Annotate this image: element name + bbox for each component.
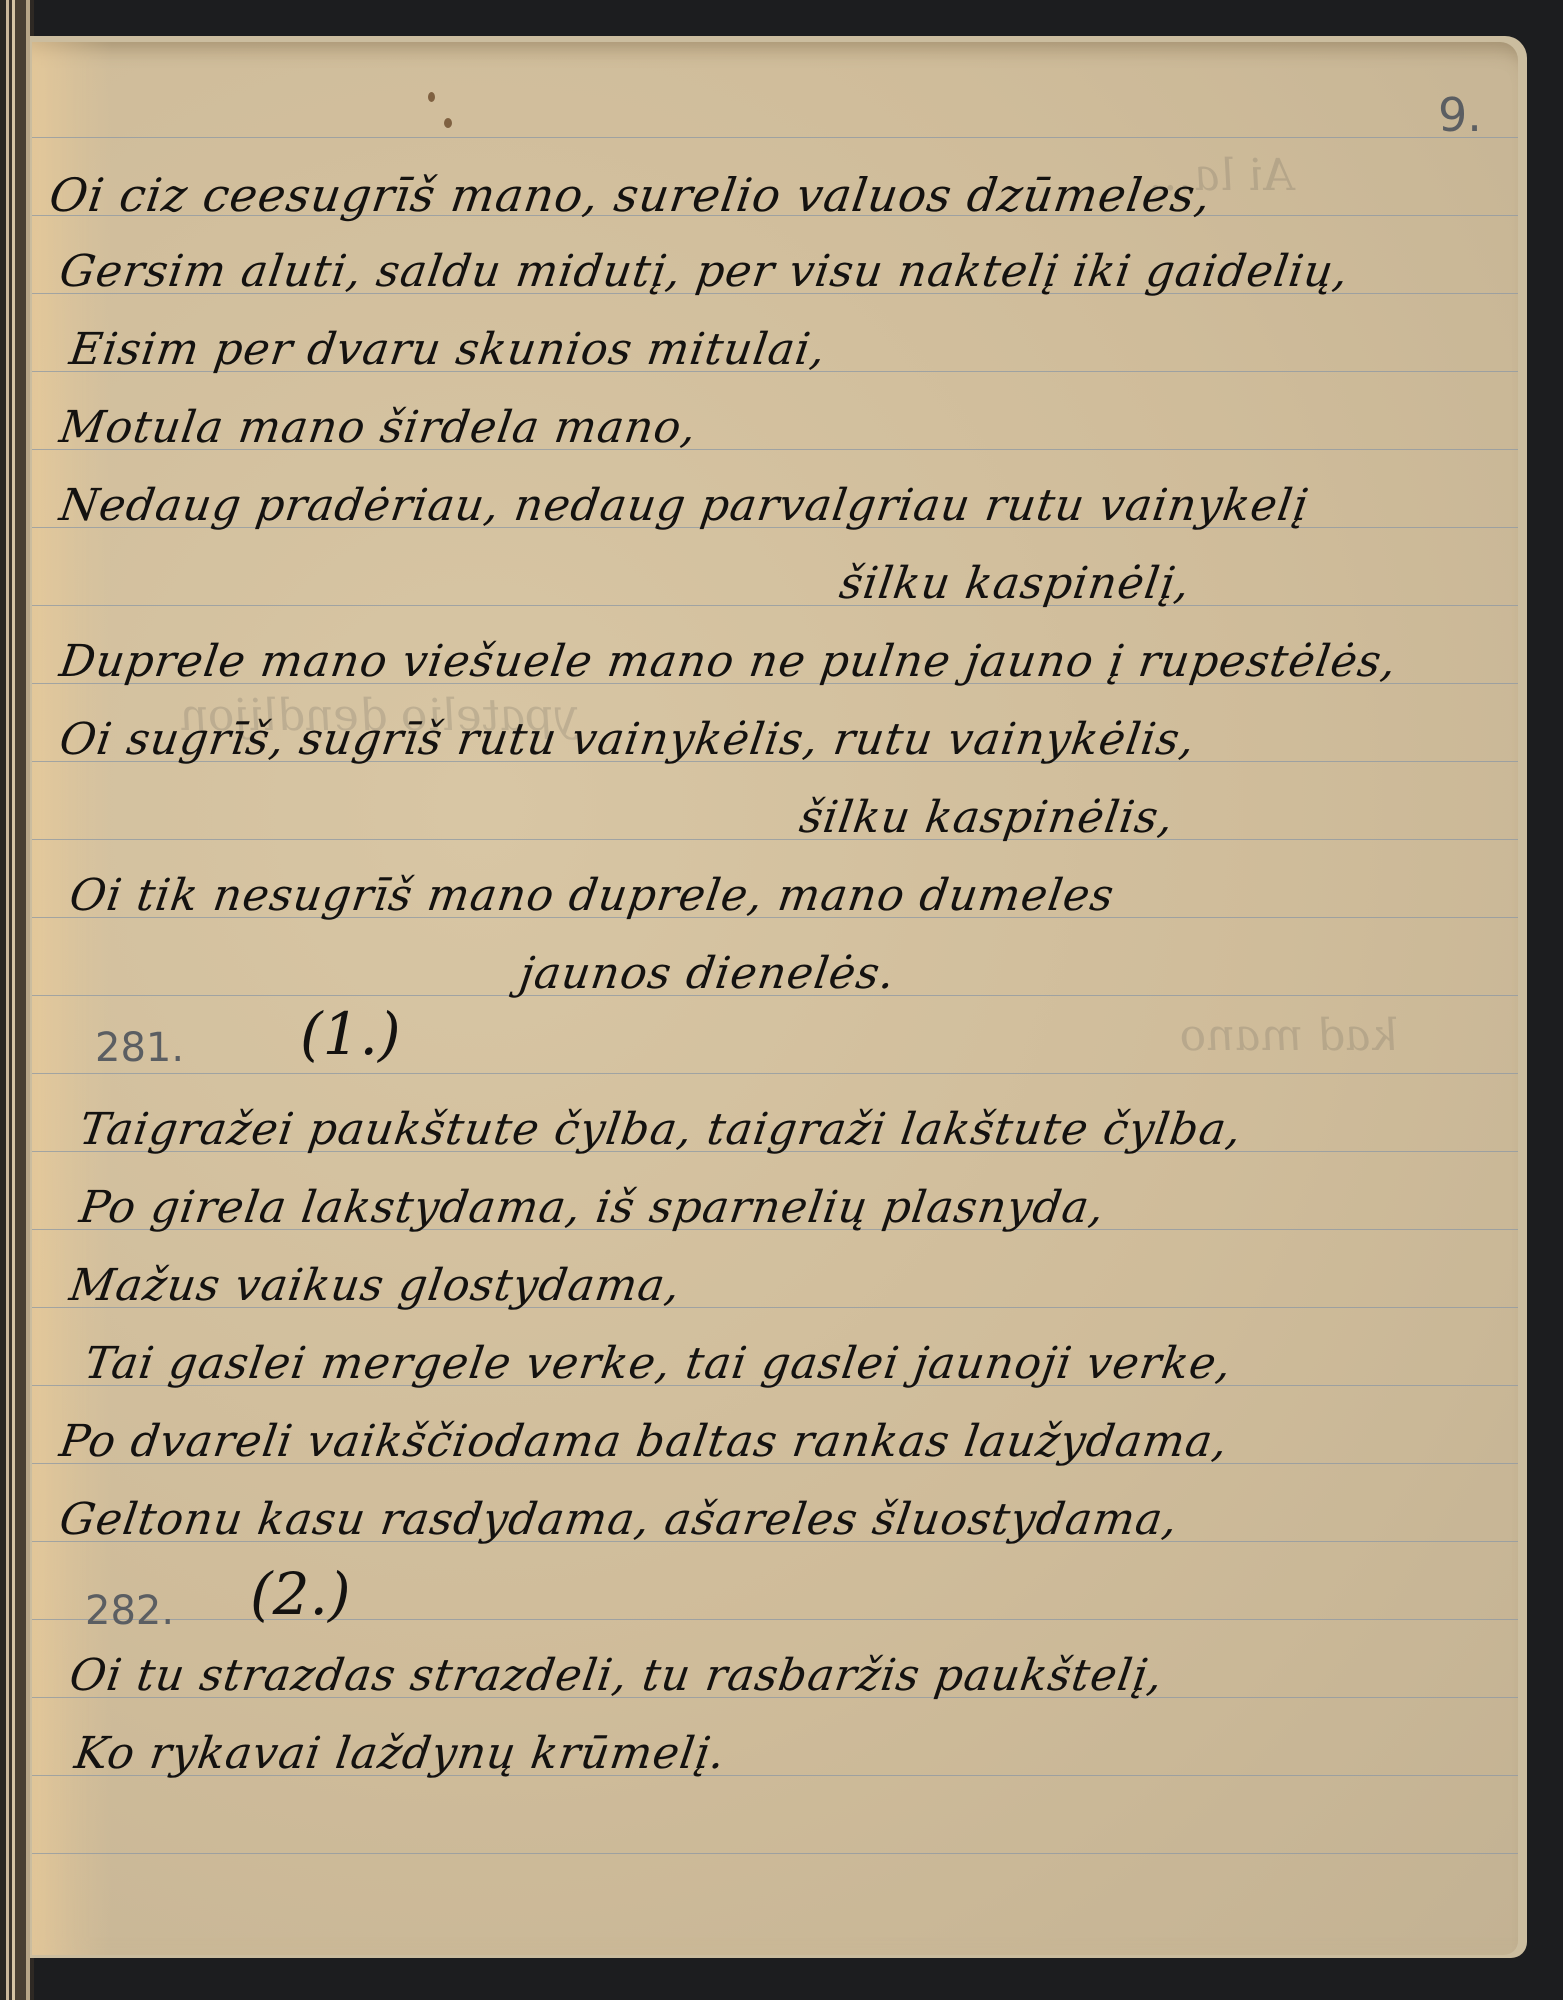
ink-stain (428, 92, 435, 102)
verse-line: Po girela lakstydama, iš sparnelių plasn… (76, 1182, 1108, 1233)
page-number: 9. (1438, 88, 1482, 142)
song-number: 282. (85, 1588, 174, 1634)
ruled-line (32, 137, 1518, 138)
verse-line: Taigražei paukštute čylba, taigraži lakš… (76, 1104, 1245, 1155)
verse-line: Oi sugrīš, sugrīš rutu vainykėlis, rutu … (56, 714, 1198, 765)
verse-line: Motula mano širdela mano, (56, 402, 700, 453)
verse-line: Nedaug pradėriau, nedaug parvalgriau rut… (56, 480, 1311, 531)
verse-line: Po dvareli vaikščiodama baltas rankas la… (56, 1416, 1231, 1467)
verse-line: Duprele mano viešuele mano ne pulne jaun… (56, 636, 1400, 687)
ruled-line (32, 605, 1518, 606)
verse-line: Oi ciz ceesugrīš mano, surelio valuos dz… (46, 168, 1215, 222)
verse-line: Eisim per dvaru skunios mitulai, (66, 324, 829, 375)
verse-line-indented: jaunos dienelės. (516, 948, 898, 999)
verse-line: Oi tu strazdas strazdeli, tu rasbaržis p… (66, 1650, 1166, 1701)
verse-line: Geltonu kasu rasdydama, ašareles šluosty… (56, 1494, 1181, 1545)
verse-line: Gersim aluti, saldu midutį, per visu nak… (56, 246, 1352, 297)
verse-line: Ko rykavai laždynų krūmelį. (71, 1728, 728, 1779)
verse-line-indented: šilku kaspinėlį, (836, 558, 1193, 609)
part-label: (2.) (250, 1560, 351, 1628)
show-through-text: kad mano (1176, 1010, 1401, 1061)
ink-stain (444, 118, 452, 128)
ruled-line (32, 839, 1518, 840)
song-number: 281. (95, 1025, 184, 1071)
verse-line: Mažus vaikus glostydama, (66, 1260, 683, 1311)
verse-line-indented: šilku kaspinėlis, (796, 792, 1177, 843)
verse-line: Oi tik nesugrīš mano duprele, mano dumel… (66, 870, 1117, 921)
verse-line: Tai gaslei mergele verke, tai gaslei jau… (81, 1338, 1235, 1389)
notebook-binding (0, 0, 34, 2000)
ruled-line (32, 1853, 1518, 1854)
ruled-line (32, 1073, 1518, 1074)
part-label: (1.) (300, 1000, 401, 1068)
